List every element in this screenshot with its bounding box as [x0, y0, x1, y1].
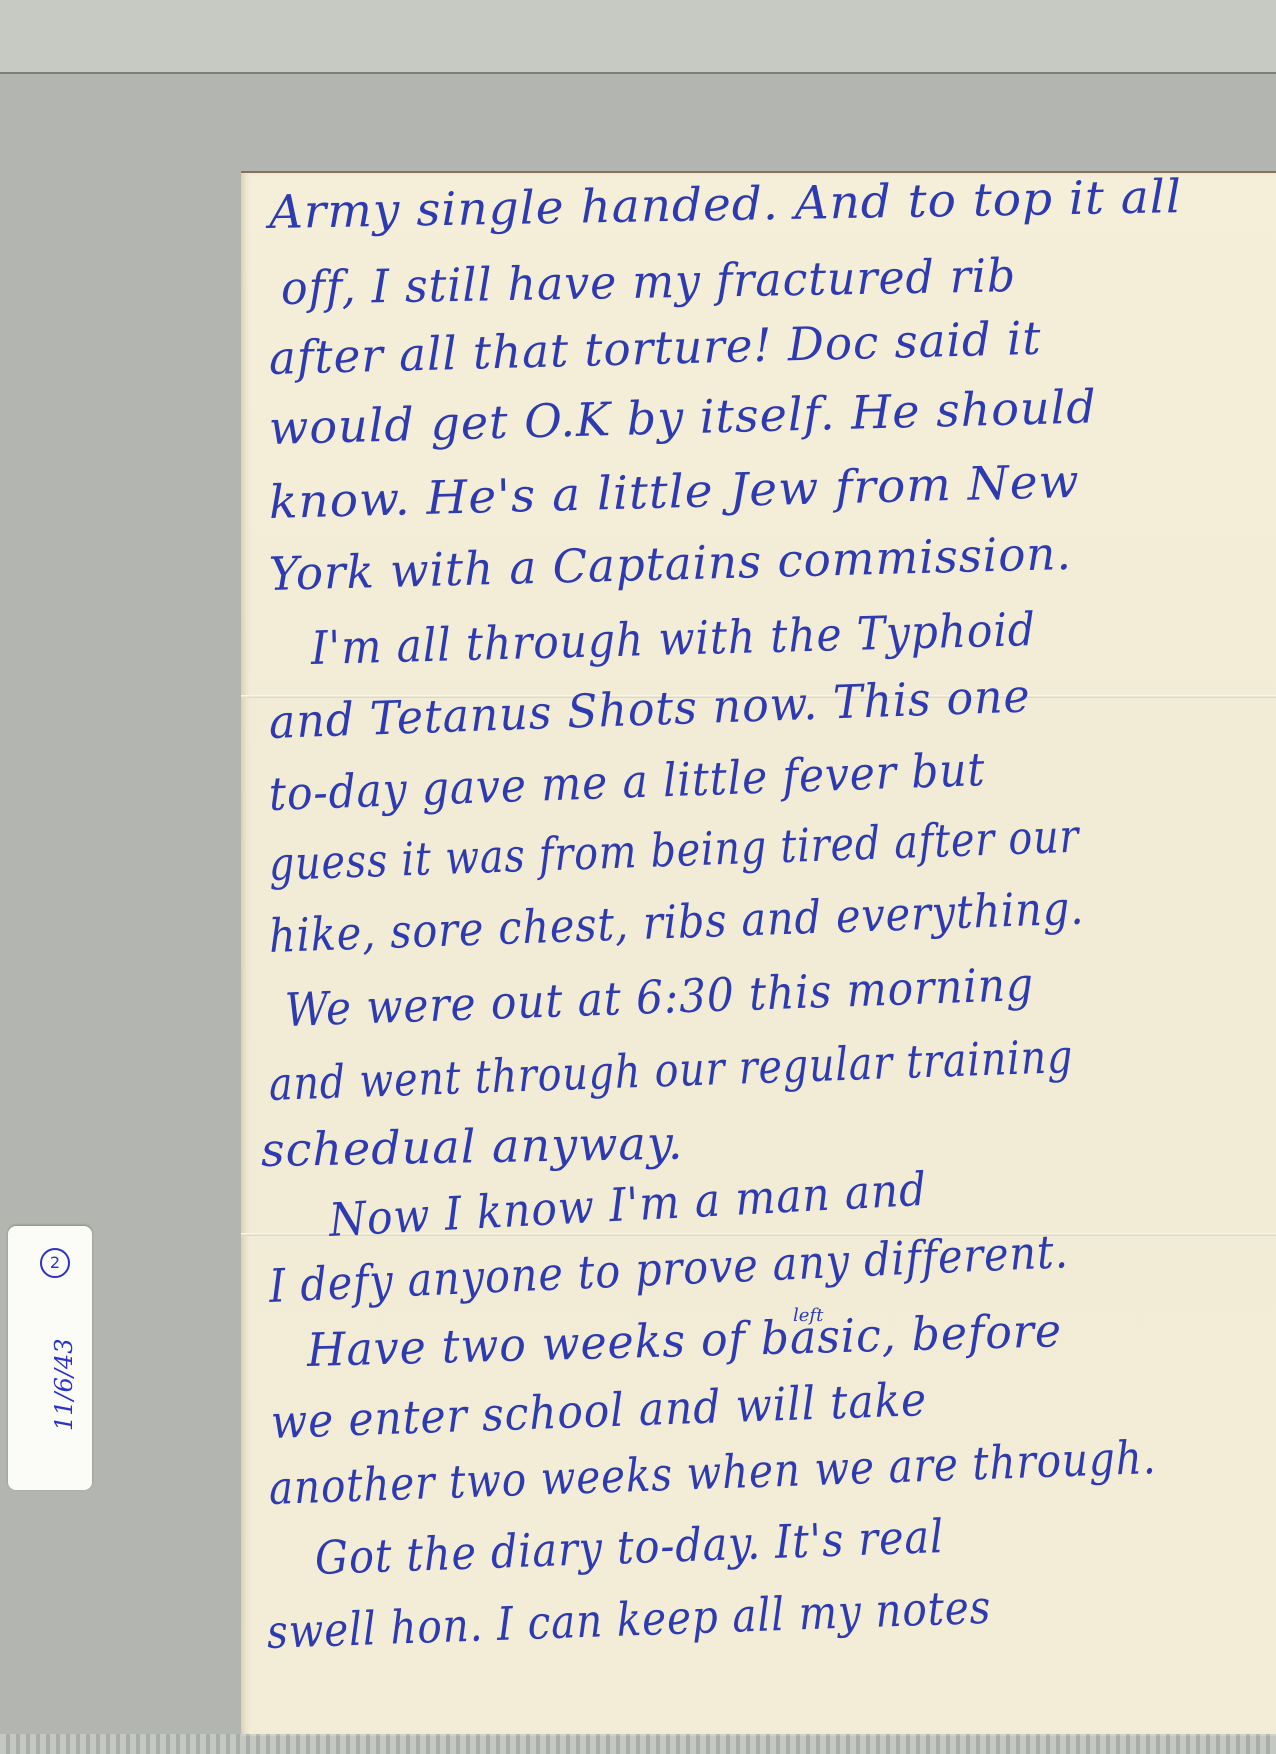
letter-line: and Tetanus Shots now. This one — [268, 668, 1031, 749]
letter-line: to-day gave me a little fever but — [268, 742, 986, 821]
letter-line: we enter school and will take — [270, 1372, 928, 1449]
page-number-circle: 2 — [40, 1248, 70, 1278]
letter-line: Have two weeks of basic, before — [306, 1303, 1062, 1377]
scanner-lid-edge — [0, 0, 1276, 74]
letter-line: and went through our regular training — [268, 1029, 1074, 1111]
inserted-word: left — [793, 1305, 823, 1326]
letter-line: hike, sore chest, ribs and everything. — [268, 881, 1085, 963]
letter-date: 11/6/43 — [50, 1338, 78, 1431]
letter-line: guess it was from being tired after our — [268, 809, 1080, 891]
letter-line: after all that torture! Doc said it — [268, 311, 1042, 385]
letter-line: Army single handed. And to top it all — [269, 169, 1183, 239]
letter-line: York with a Captains commission. — [268, 526, 1072, 601]
letter-page: Army single handed. And to top it all of… — [241, 171, 1276, 1736]
archive-label-card: 2 11/6/43 — [8, 1226, 92, 1490]
letter-line: schedual anyway. — [261, 1116, 684, 1177]
sleeve-perforation-edge — [0, 1734, 1276, 1754]
letter-line: Got the diary to-day. It's real — [314, 1509, 945, 1585]
letter-line: swell hon. I can keep all my notes — [266, 1580, 992, 1659]
letter-line: I'm all through with the Typhoid — [310, 602, 1036, 675]
letter-line: off, I still have my fractured rib — [281, 248, 1017, 315]
letter-line: know. He's a little Jew from New — [268, 454, 1080, 529]
letter-line: We were out at 6:30 this morning — [284, 957, 1035, 1037]
letter-line: would get O.K by itself. He should — [268, 379, 1097, 455]
